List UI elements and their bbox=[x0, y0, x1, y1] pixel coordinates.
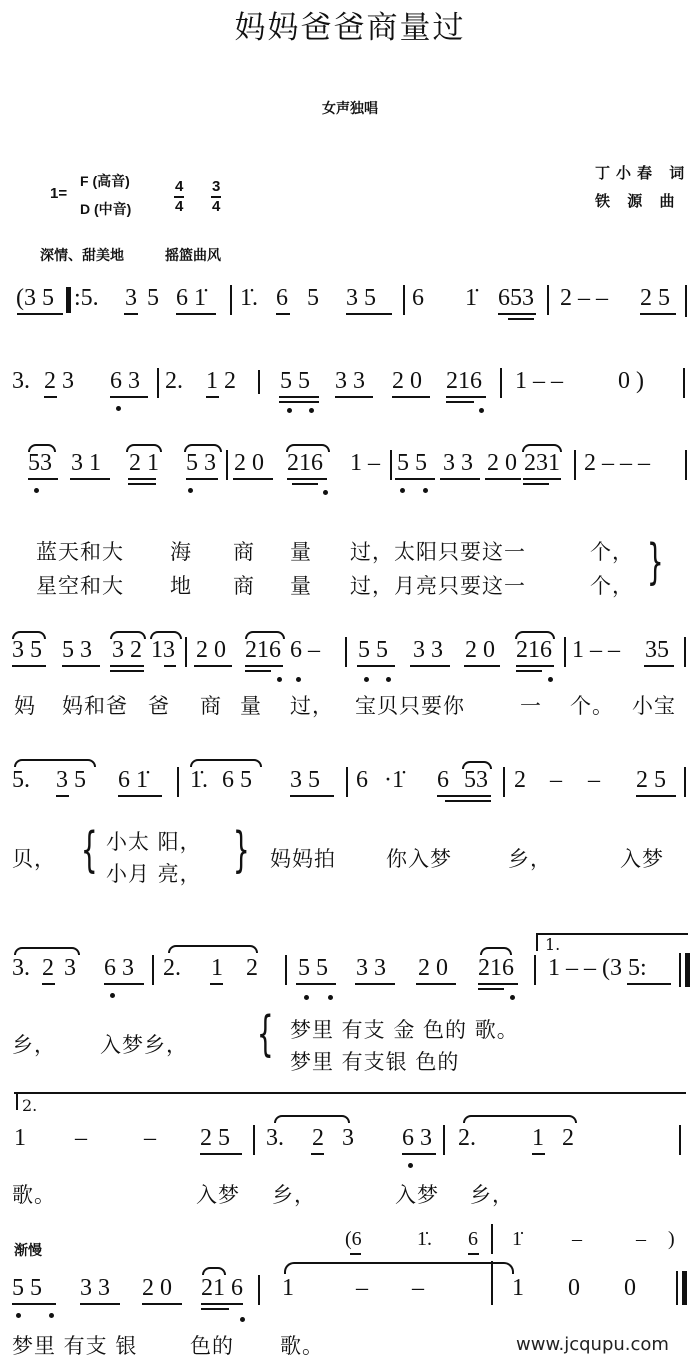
lyric: 商 bbox=[233, 570, 255, 600]
note: 6 3 bbox=[402, 1125, 432, 1152]
note: 3 bbox=[125, 285, 137, 312]
style-marking: 摇篮曲风 bbox=[165, 245, 221, 265]
score-line-4: 3 5 5 3 3 2 13 2 0 216 6 – 5 5 3 3 2 0 2… bbox=[0, 637, 700, 687]
note: 21 6 bbox=[201, 1275, 243, 1302]
note: 2 0 bbox=[487, 450, 517, 477]
note: 5 5 bbox=[280, 368, 310, 395]
note: 0 bbox=[568, 1275, 580, 1302]
note: 2 bbox=[562, 1125, 574, 1152]
note: 3 3 bbox=[443, 450, 473, 477]
note: 0 ) bbox=[618, 368, 644, 395]
note: 6 – bbox=[290, 637, 320, 664]
note: – bbox=[572, 1228, 582, 1251]
score-line-3: 53 3 1 2 1 5 3 2 0 216 1 – 5 5 3 3 2 0 2… bbox=[0, 450, 700, 500]
note: – bbox=[550, 767, 562, 794]
lyric: 你入梦 bbox=[386, 843, 452, 873]
lyric: 乡， bbox=[12, 1029, 56, 1059]
lyric: 量 bbox=[240, 690, 262, 720]
lyrics-line-4: 妈 妈和爸 爸 商 量 过， 宝贝只要你 一 个。 小宝 bbox=[0, 690, 700, 720]
instrumental-upper-line: (6 1̇. 6 1̇ – – ) bbox=[0, 1228, 700, 1258]
note: 2 bbox=[312, 1125, 324, 1152]
note: 1 bbox=[206, 368, 218, 395]
volta-2-label: 2. bbox=[22, 1096, 37, 1115]
note: 5 3 bbox=[62, 637, 92, 664]
note: 3 3 bbox=[413, 637, 443, 664]
lyric: 爸 bbox=[148, 690, 170, 720]
lyrics-block-1: 蓝天和大 海 商 量 过，太阳只要这一 个， 星空和大 地 商 量 过，月亮只要… bbox=[0, 536, 700, 606]
note: 5 5 bbox=[298, 955, 328, 982]
note: 53 bbox=[464, 767, 488, 794]
lyric: 量 bbox=[290, 536, 312, 566]
note: 3 5 bbox=[56, 767, 86, 794]
note: 1 – bbox=[350, 450, 380, 477]
note: 3 1 bbox=[71, 450, 101, 477]
right-brace-icon: } bbox=[233, 822, 250, 878]
note: 5 bbox=[147, 285, 159, 312]
note: 2 bbox=[246, 955, 258, 982]
note: – bbox=[412, 1275, 424, 1302]
left-brace-icon: { bbox=[81, 822, 98, 878]
lyric: 歌。 bbox=[280, 1330, 324, 1360]
note: 6 3 bbox=[110, 368, 140, 395]
note: – bbox=[75, 1125, 87, 1152]
note: 6 1̇ bbox=[176, 285, 206, 312]
note: 3 3 bbox=[335, 368, 365, 395]
note: 1̇ bbox=[465, 285, 477, 312]
expression-marking: 深情、甜美地 bbox=[40, 245, 124, 265]
note: 1 bbox=[211, 955, 223, 982]
lyric: 乡， bbox=[470, 1179, 514, 1209]
lyric-alt: 梦里 有支银 色的 bbox=[290, 1046, 459, 1076]
note: 3 5 bbox=[346, 285, 376, 312]
score-line-2: 3. 2 3 6 3 2. 1 2 5 5 3 3 2 0 216 1 – – … bbox=[0, 368, 700, 418]
note: 35 bbox=[645, 637, 669, 664]
note: 653 bbox=[498, 285, 534, 312]
lyric: 入梦乡， bbox=[100, 1029, 188, 1059]
lyric: 地 bbox=[170, 570, 192, 600]
lyric: 妈和爸 bbox=[62, 690, 128, 720]
note: – bbox=[356, 1275, 368, 1302]
score-line-8: 5 5 3 3 2 0 21 6 1 – – 1 0 0 bbox=[0, 1275, 700, 1325]
lyric: 过，月亮只要这一 bbox=[350, 570, 526, 600]
note: 6 bbox=[412, 285, 424, 312]
note: 13 bbox=[151, 637, 175, 664]
lyric-alt: 梦里 有支 金 色的 歌。 bbox=[290, 1014, 519, 1044]
note: 3 2 bbox=[112, 637, 142, 664]
note: 231 bbox=[524, 450, 560, 477]
note: 6 5 bbox=[222, 767, 252, 794]
note: 1̇. bbox=[240, 285, 258, 312]
lyric: 妈妈拍 bbox=[270, 843, 336, 873]
note: 5 3 bbox=[186, 450, 216, 477]
note: 3 bbox=[64, 955, 76, 982]
note: 2 5 bbox=[640, 285, 670, 312]
lyric: 入梦 bbox=[395, 1179, 439, 1209]
note: 5 5 bbox=[397, 450, 427, 477]
lyric: 入梦 bbox=[196, 1179, 240, 1209]
lyric: 商 bbox=[233, 536, 255, 566]
lyric: 海 bbox=[170, 536, 192, 566]
note: 5 5 bbox=[12, 1275, 42, 1302]
note: 3 5 bbox=[290, 767, 320, 794]
note: – bbox=[588, 767, 600, 794]
volta-2-bracket bbox=[14, 1092, 686, 1094]
note: 1 – – bbox=[515, 368, 563, 395]
note: 1̇ bbox=[512, 1228, 522, 1251]
key-prefix: 1= bbox=[50, 185, 67, 202]
site-watermark: www.jcqupu.com bbox=[516, 1334, 669, 1355]
note: 2 0 bbox=[142, 1275, 172, 1302]
note: 2 5 bbox=[636, 767, 666, 794]
right-brace-icon: } bbox=[647, 534, 664, 590]
note: 2 – – – bbox=[584, 450, 650, 477]
note: 2. bbox=[165, 368, 183, 395]
score-line-7: 1 – – 2 5 3. 2 3 6 3 2. 1 2 bbox=[0, 1125, 700, 1175]
note: 1 bbox=[512, 1275, 524, 1302]
left-brace-icon: { bbox=[257, 1006, 274, 1062]
lyrics-block-2: 贝， { 小太 阳， 小月 亮， } 妈妈拍 你入梦 乡， 入梦 bbox=[0, 826, 700, 896]
score-line-5: 5. 3 5 6 1̇ 1̇. 6 5 3 5 6 ·1̇ 6 53 2 – –… bbox=[0, 767, 700, 817]
note: – bbox=[636, 1228, 646, 1251]
note: (3 5 bbox=[16, 285, 54, 312]
note: 6 bbox=[468, 1228, 478, 1251]
note: ) bbox=[668, 1228, 675, 1251]
note: 5 5 bbox=[358, 637, 388, 664]
time-signature-3-4: 3 4 bbox=[211, 178, 221, 216]
note: 2 bbox=[42, 955, 54, 982]
lyric: 过， bbox=[290, 690, 334, 720]
lyric-alt: 小太 阳， bbox=[106, 826, 202, 856]
note: 1̇. bbox=[190, 767, 208, 794]
lyrics-block-3: 乡， 入梦乡， { 梦里 有支 金 色的 歌。 梦里 有支银 色的 bbox=[0, 1006, 700, 1076]
key-mid: D (中音) bbox=[80, 199, 131, 219]
note: 6 bbox=[356, 767, 368, 794]
note: 3 3 bbox=[356, 955, 386, 982]
lyric: 商 bbox=[200, 690, 222, 720]
lyric: 个， bbox=[590, 570, 634, 600]
lyric: 色的 bbox=[190, 1330, 234, 1360]
note: 6 bbox=[437, 767, 449, 794]
note: 2 0 bbox=[392, 368, 422, 395]
lyric: 一 bbox=[520, 690, 542, 720]
note: 0 bbox=[624, 1275, 636, 1302]
note: 6 3 bbox=[104, 955, 134, 982]
note: 216 bbox=[245, 637, 281, 664]
lyric: 梦里 有支 银 bbox=[12, 1330, 137, 1360]
note: 1 bbox=[282, 1275, 294, 1302]
composer-credit: 铁 源 曲 bbox=[595, 190, 680, 211]
note: 1 bbox=[14, 1125, 26, 1152]
note: 2 bbox=[514, 767, 526, 794]
note: 5. bbox=[12, 767, 30, 794]
note: 2 bbox=[224, 368, 236, 395]
volta-1-label: 1. bbox=[545, 935, 560, 954]
lyric: 蓝天和大 bbox=[36, 536, 124, 566]
note: 5 bbox=[307, 285, 319, 312]
score-line-1: (3 5 :5. 3 5 6 1̇ 1̇. 6 5 3 5 6 1̇ 653 2… bbox=[0, 285, 700, 335]
note: 2 0 bbox=[465, 637, 495, 664]
lyric: 贝， bbox=[12, 843, 56, 873]
note: 6 1̇ bbox=[118, 767, 148, 794]
lyric: 小宝 bbox=[632, 690, 676, 720]
lyrics-line-7: 歌。 入梦 乡， 入梦 乡， bbox=[0, 1179, 700, 1209]
note: :5. bbox=[74, 285, 99, 312]
note: 2 5 bbox=[200, 1125, 230, 1152]
lyric: 乡， bbox=[508, 843, 552, 873]
note: 53 bbox=[28, 450, 52, 477]
note: 3. bbox=[266, 1125, 284, 1152]
note: 3 bbox=[62, 368, 74, 395]
lyric: 星空和大 bbox=[36, 570, 124, 600]
lyricist-credit: 丁小春 词 bbox=[595, 162, 690, 183]
lyric: 量 bbox=[290, 570, 312, 600]
note: 2 0 bbox=[418, 955, 448, 982]
note: 2 0 bbox=[196, 637, 226, 664]
note: 2 bbox=[44, 368, 56, 395]
lyric: 宝贝只要你 bbox=[355, 690, 465, 720]
note: 2 – – bbox=[560, 285, 608, 312]
page-title: 妈妈爸爸商量过 bbox=[0, 2, 700, 47]
note: – bbox=[144, 1125, 156, 1152]
lyric-alt: 小月 亮， bbox=[106, 858, 202, 888]
note: 3 bbox=[342, 1125, 354, 1152]
phrase-slur bbox=[284, 1262, 514, 1274]
time-signature-4-4: 4 4 bbox=[174, 178, 184, 216]
note: 2 0 bbox=[234, 450, 264, 477]
note: 2 1 bbox=[129, 450, 159, 477]
note: 1 – – bbox=[572, 637, 620, 664]
note: (6 bbox=[345, 1228, 362, 1251]
note: 1 bbox=[532, 1125, 544, 1152]
lyric: 个， bbox=[590, 536, 634, 566]
note: 1 – – (3 5: bbox=[548, 955, 647, 982]
note: 3 3 bbox=[80, 1275, 110, 1302]
lyric: 个。 bbox=[570, 690, 614, 720]
score-line-6: 1. 3. 2 3 6 3 2. 1 2 5 5 3 3 2 0 216 1 –… bbox=[0, 955, 700, 1005]
note: 216 bbox=[516, 637, 552, 664]
note: 3. bbox=[12, 368, 30, 395]
performance-type: 女声独唱 bbox=[0, 98, 700, 118]
note: 6 bbox=[276, 285, 288, 312]
note: 216 bbox=[478, 955, 514, 982]
lyric: 过，太阳只要这一 bbox=[350, 536, 526, 566]
note: 2. bbox=[163, 955, 181, 982]
note: 2. bbox=[458, 1125, 476, 1152]
key-high: F (高音) bbox=[80, 171, 130, 191]
note: 216 bbox=[287, 450, 323, 477]
lyric: 入梦 bbox=[620, 843, 664, 873]
lyric: 乡， bbox=[272, 1179, 316, 1209]
note: 1̇. bbox=[417, 1228, 432, 1251]
lyric: 歌。 bbox=[12, 1179, 56, 1209]
note: ·1̇ bbox=[384, 767, 404, 794]
note: 3. bbox=[12, 955, 30, 982]
lyric: 妈 bbox=[14, 690, 36, 720]
note: 3 5 bbox=[12, 637, 42, 664]
note: 216 bbox=[446, 368, 482, 395]
